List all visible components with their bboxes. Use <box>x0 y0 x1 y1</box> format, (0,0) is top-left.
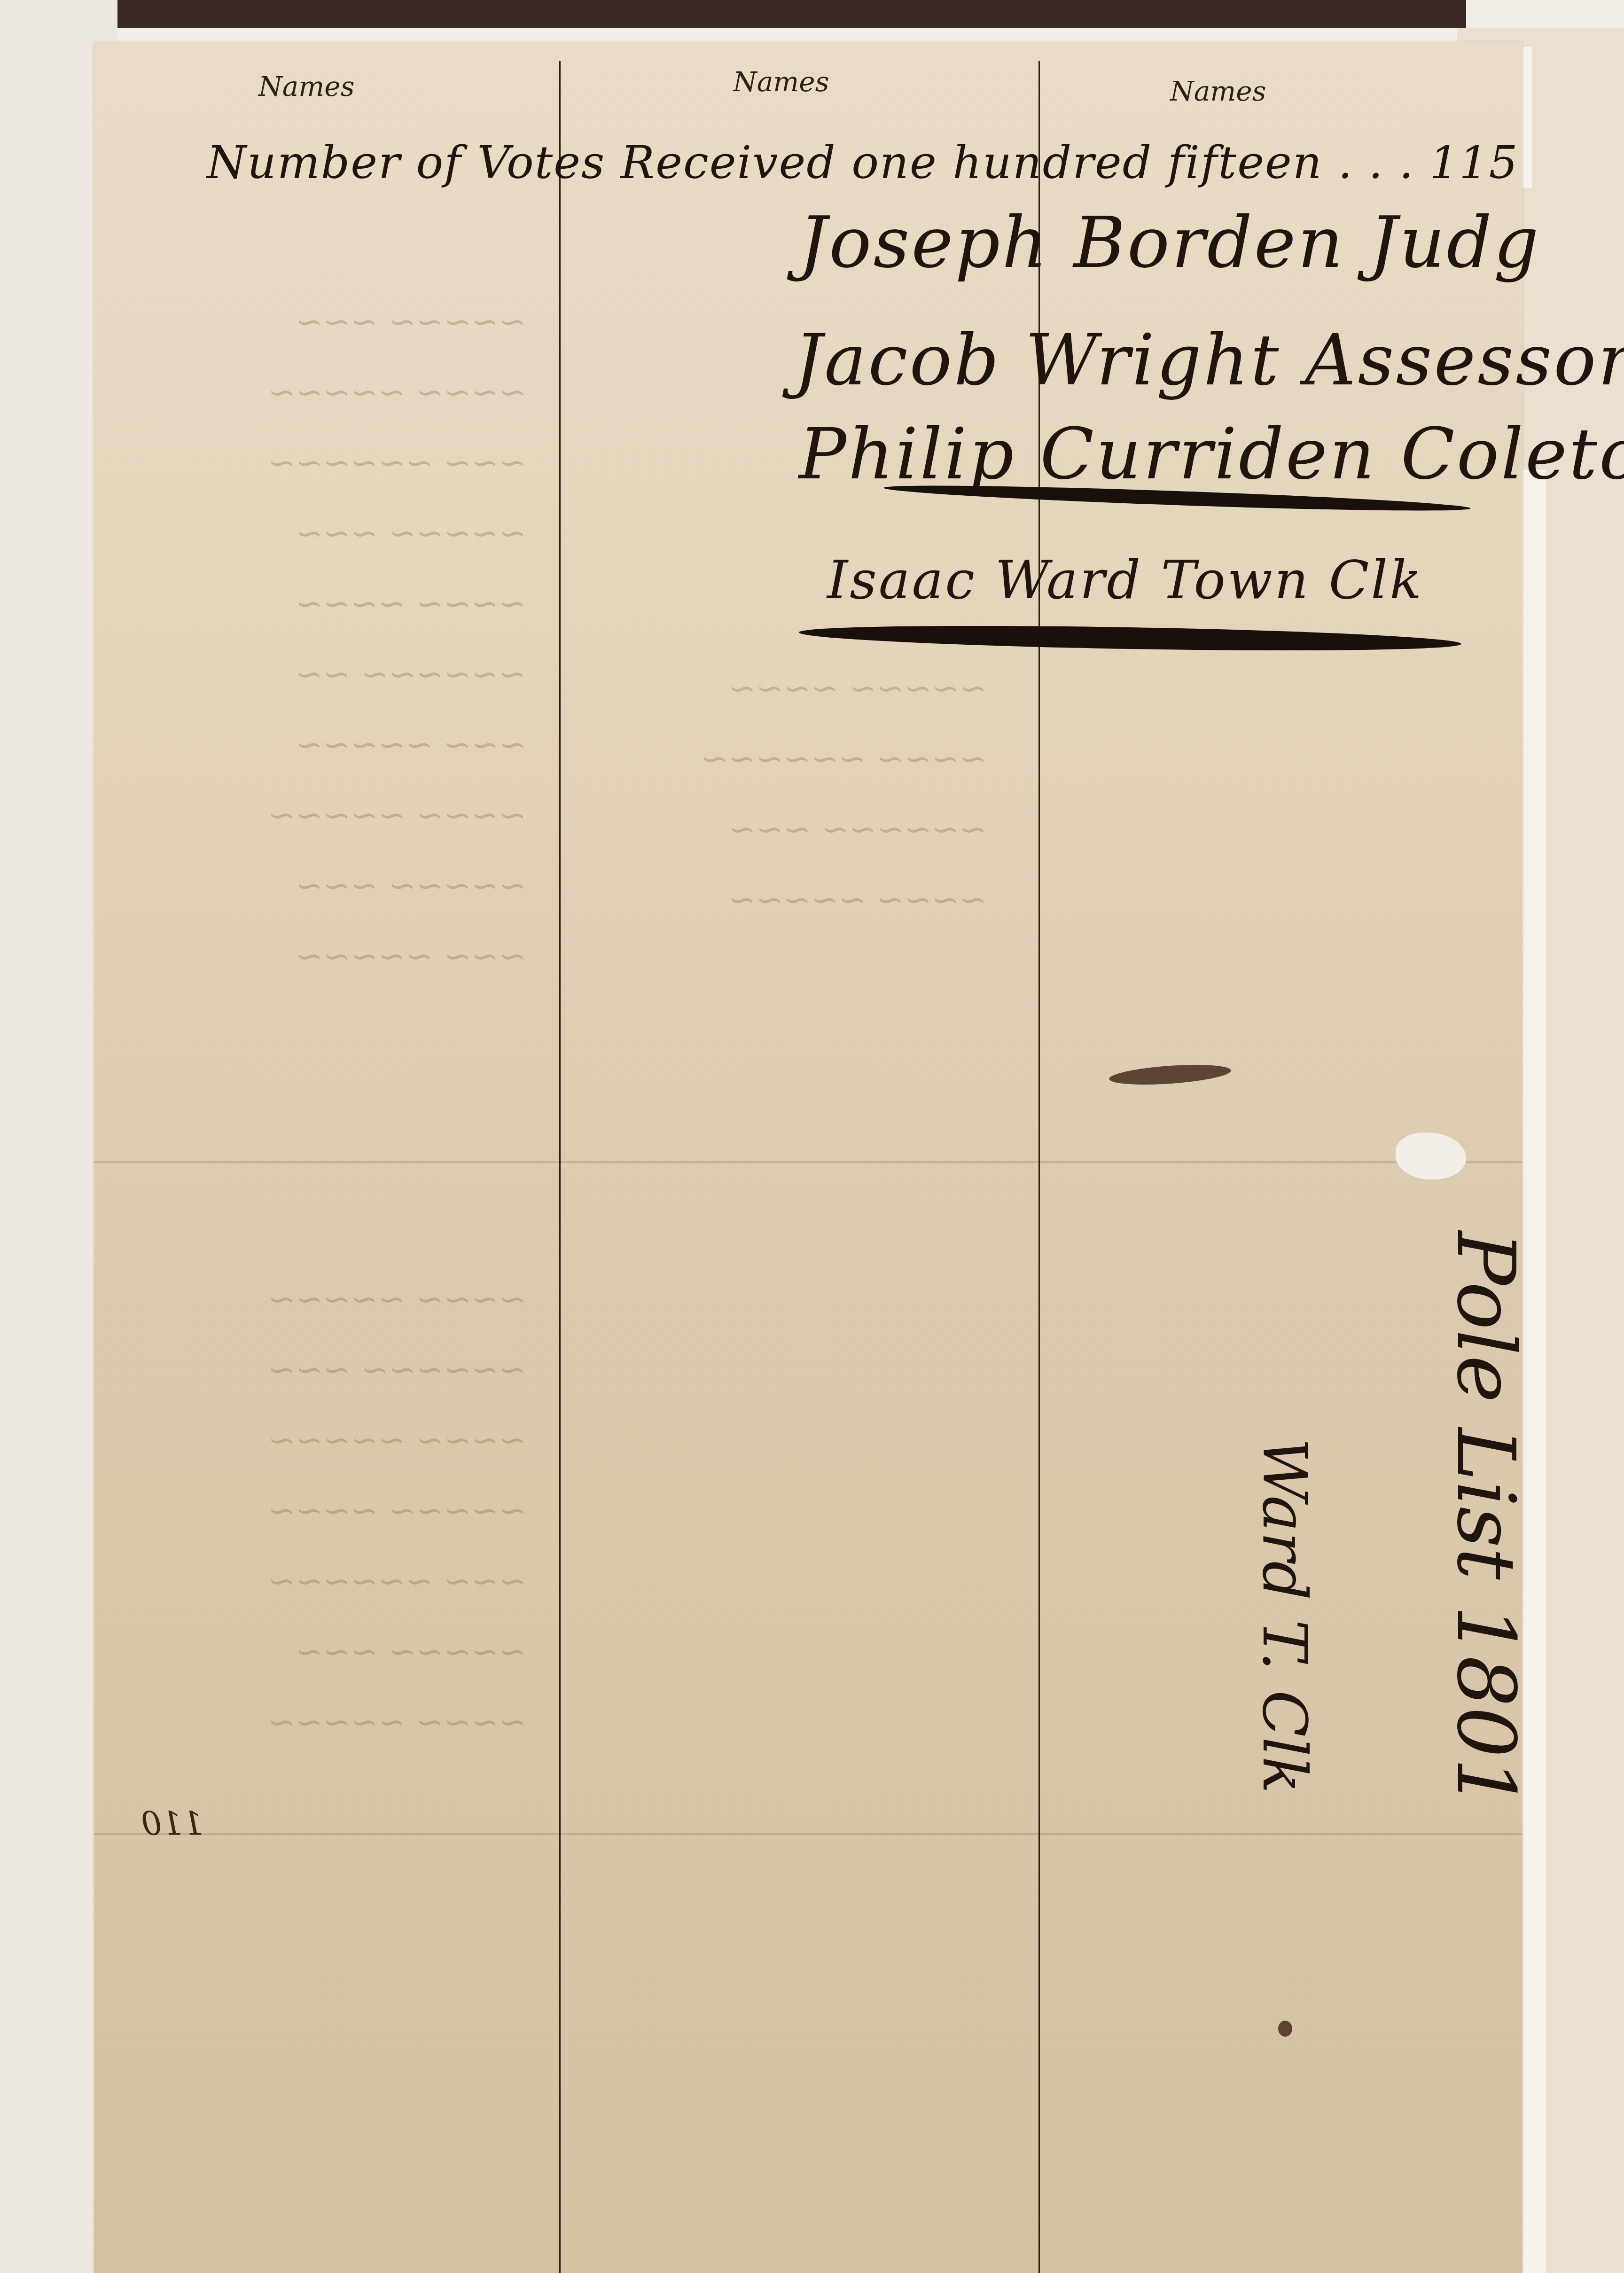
endorsement-pole-list: Pole List 1801 <box>1439 1231 1532 1808</box>
column-header-2: Names <box>733 66 829 98</box>
ink-spot <box>1278 2021 1292 2037</box>
signature-collector: Philip Curriden Coletor <box>799 414 1624 495</box>
column-header-1: Names <box>258 70 354 102</box>
margin-number-mirrored: 110 <box>141 1804 204 1843</box>
bleed-through-middle-column: ~~~~~ ~~~~ ~~~~ ~~~~~~ ~~~~~~ ~~~ ~~~~ ~… <box>587 653 987 1123</box>
binder-cover-edge <box>0 0 1466 28</box>
signature-judge: Joseph Borden Judg <box>799 202 1541 284</box>
signature-town-clerk: Isaac Ward Town Clk <box>827 550 1423 611</box>
column-header-3: Names <box>1170 75 1266 107</box>
vote-count-line: Number of Votes Received one hundred fif… <box>207 136 1518 189</box>
signature-assessor: Jacob Wright Assessor <box>794 320 1624 401</box>
column-rule-1 <box>559 61 561 2273</box>
bleed-through-left-column: ~~~~~ ~~~ ~~~~ ~~~~~ ~~~ ~~~~~~ ~~~~~ ~~… <box>235 287 526 1086</box>
bleed-through-lower-left: ~~~~ ~~~~~ ~~~~~~ ~~~ ~~~~ ~~~~~ ~~~~~ ~… <box>235 1264 526 2204</box>
fold-crease-middle <box>94 1161 1522 1164</box>
endorsement-ward-clerk: Ward T. Clk <box>1249 1438 1320 1794</box>
